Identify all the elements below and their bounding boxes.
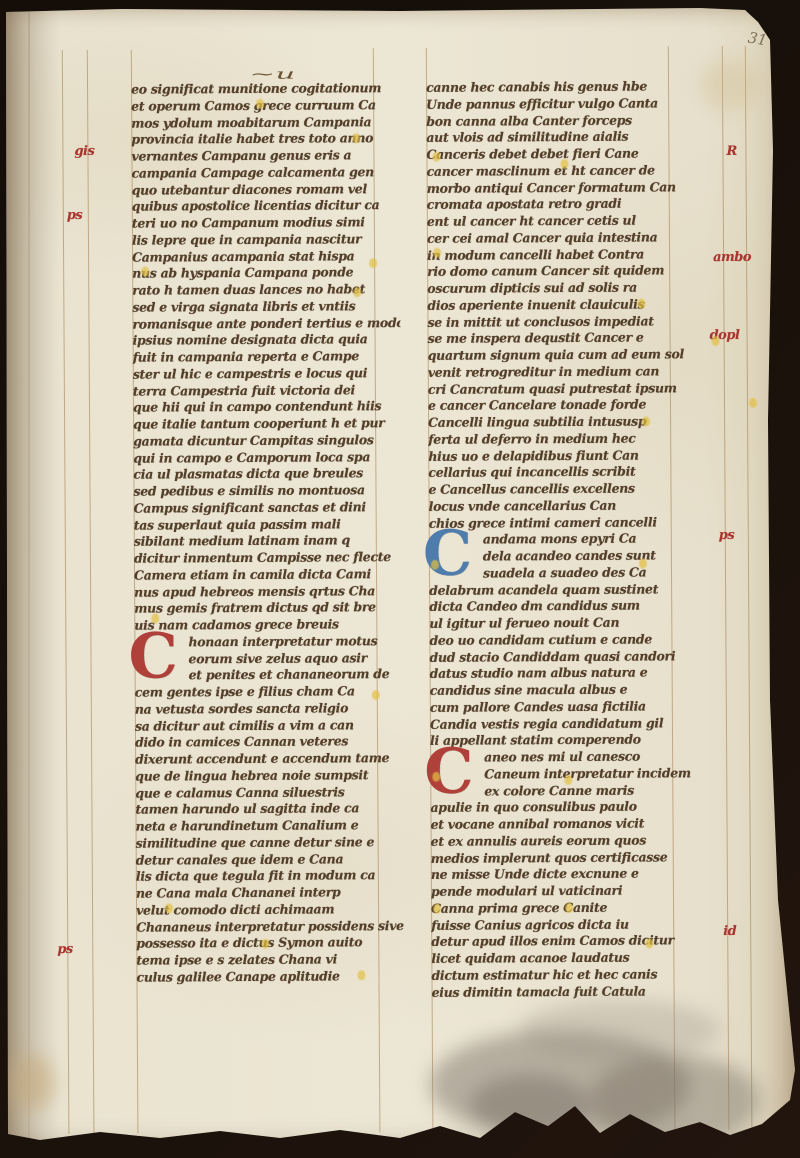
water-stain: [520, 1000, 720, 1060]
ruling-lines: [0, 0, 800, 2]
manuscript-photo: ~u eo significat munitione cogitationume…: [0, 0, 800, 1158]
stains-layer: [0, 0, 800, 1158]
folio-number: 31: [747, 28, 769, 49]
left-marginalia: gispsps: [0, 0, 800, 2]
water-stain: [470, 1075, 590, 1135]
edge-discoloration: [700, 60, 760, 110]
parchment-leaf: ~u eo significat munitione cogitationume…: [0, 0, 800, 1158]
right-marginalia: Rambodoplpsid: [0, 0, 800, 2]
yellow-capital-washes: [0, 0, 800, 2]
water-stain: [590, 1055, 760, 1145]
edge-discoloration: [8, 1055, 54, 1110]
